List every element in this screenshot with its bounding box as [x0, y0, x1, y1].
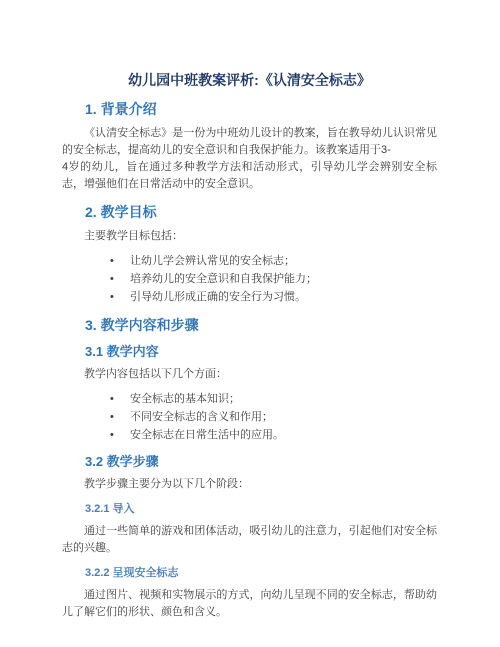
document-page: 幼儿园中班教案评析:《认清安全标志》 1. 背景介绍 《认清安全标志》是一份为中… — [0, 0, 500, 647]
paragraph-present-signs: 通过图片、视频和实物展示的方式，向幼儿呈现不同的安全标志，帮助幼儿了解它们的形状… — [62, 587, 437, 621]
subsection-lead-in: 3.2.1 导入 通过一些简单的游戏和团体活动，吸引幼儿的注意力，引起他们对安全… — [62, 502, 437, 557]
goals-bullet-list: 让幼儿学会辨认常见的安全标志； 培养幼儿的安全意识和自我保护能力； 引导幼儿形成… — [62, 252, 437, 306]
heading-teaching-goals: 2. 教学目标 — [85, 203, 437, 221]
paragraph-background: 《认清安全标志》是一份为中班幼儿设计的教案，旨在教导幼儿认识常见的安全标志，提高… — [62, 125, 437, 193]
section-content-and-steps: 3. 教学内容和步骤 3.1 教学内容 教学内容包括以下几个方面： 安全标志的基… — [62, 316, 437, 621]
subsection-teaching-steps: 3.2 教学步骤 教学步骤主要分为以下几个阶段： 3.2.1 导入 通过一些简单… — [62, 453, 437, 621]
subsection-teaching-content: 3.1 教学内容 教学内容包括以下几个方面： 安全标志的基本知识； 不同安全标志… — [62, 343, 437, 444]
document-title: 幼儿园中班教案评析:《认清安全标志》 — [62, 70, 437, 90]
list-item: 引导幼儿形成正确的安全行为习惯。 — [130, 288, 437, 306]
list-item: 让幼儿学会辨认常见的安全标志； — [130, 252, 437, 270]
heading-background: 1. 背景介绍 — [85, 100, 437, 118]
section-teaching-goals: 2. 教学目标 主要教学目标包括： 让幼儿学会辨认常见的安全标志； 培养幼儿的安… — [62, 203, 437, 306]
subsection-present-signs: 3.2.2 呈现安全标志 通过图片、视频和实物展示的方式，向幼儿呈现不同的安全标… — [62, 566, 437, 621]
heading-lead-in: 3.2.1 导入 — [85, 502, 437, 517]
content-bullet-list: 安全标志的基本知识； 不同安全标志的含义和作用； 安全标志在日常生活中的应用。 — [62, 390, 437, 444]
list-item: 不同安全标志的含义和作用； — [130, 408, 437, 426]
list-item: 安全标志的基本知识； — [130, 390, 437, 408]
heading-teaching-content: 3.1 教学内容 — [85, 343, 437, 360]
list-item: 安全标志在日常生活中的应用。 — [130, 426, 437, 444]
list-item: 培养幼儿的安全意识和自我保护能力； — [130, 270, 437, 288]
heading-content-and-steps: 3. 教学内容和步骤 — [85, 316, 437, 334]
paragraph-steps-intro: 教学步骤主要分为以下几个阶段： — [62, 476, 437, 493]
heading-present-signs: 3.2.2 呈现安全标志 — [85, 566, 437, 581]
paragraph-goals-intro: 主要教学目标包括： — [62, 228, 437, 245]
heading-teaching-steps: 3.2 教学步骤 — [85, 453, 437, 470]
paragraph-content-intro: 教学内容包括以下几个方面： — [62, 366, 437, 383]
paragraph-lead-in: 通过一些简单的游戏和团体活动，吸引幼儿的注意力，引起他们对安全标志的兴趣。 — [62, 523, 437, 557]
section-background: 1. 背景介绍 《认清安全标志》是一份为中班幼儿设计的教案，旨在教导幼儿认识常见… — [62, 100, 437, 193]
